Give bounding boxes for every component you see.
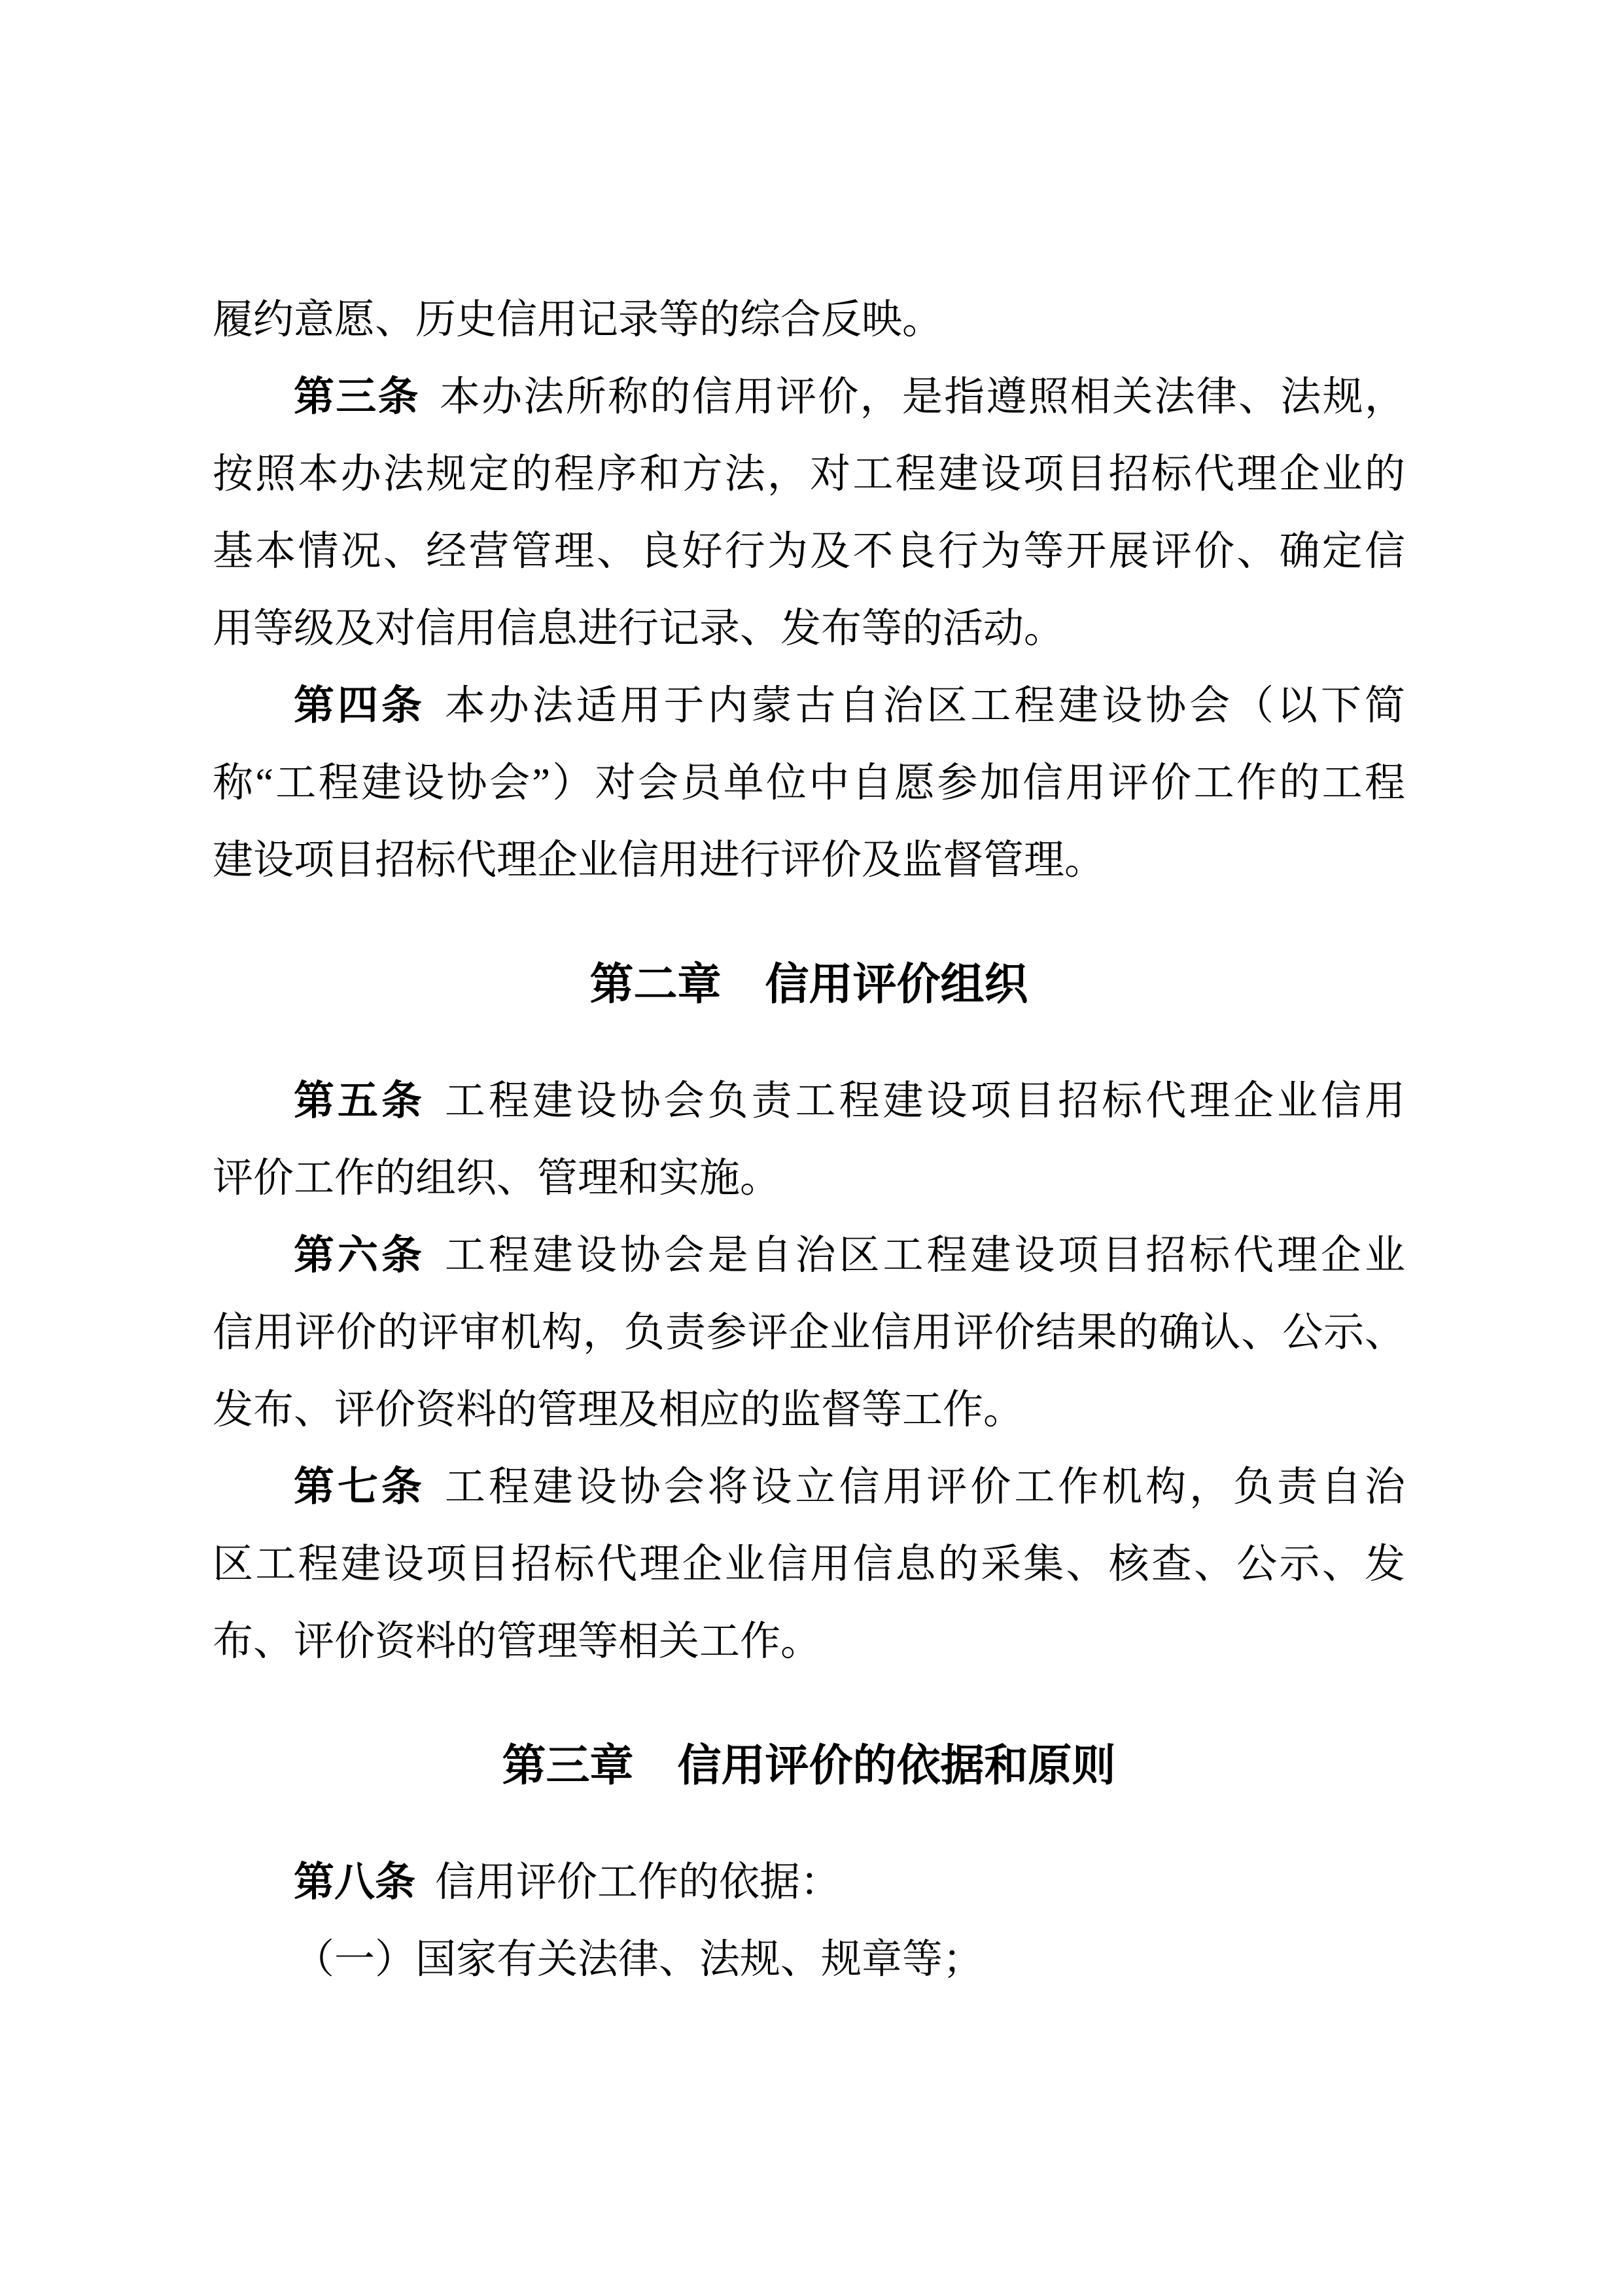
article-number-label: 第七条 bbox=[294, 1464, 425, 1510]
doc-line-text: 信用评价工作的依据： bbox=[435, 1860, 841, 1905]
doc-line-text: 工程建设协会是自治区工程建设项目招标代理企业 bbox=[445, 1233, 1405, 1278]
doc-line: 用等级及对信用信息进行记录、发布等的活动。 bbox=[213, 590, 1405, 667]
doc-line-article-3: 第三条本办法所称的信用评价，是指遵照相关法律、法规， bbox=[213, 359, 1405, 436]
doc-line-text: 工程建设协会将设立信用评价工作机构，负责自治 bbox=[445, 1465, 1405, 1510]
chapter-3-heading: 第三章 信用评价的依据和原则 bbox=[213, 1727, 1405, 1805]
article-number-label: 第六条 bbox=[294, 1233, 425, 1278]
doc-line-item-1: （一）国家有关法律、法规、规章等； bbox=[213, 1921, 1405, 1998]
article-number-label: 第四条 bbox=[294, 683, 425, 728]
doc-line-article-5: 第五条工程建设协会负责工程建设项目招标代理企业信用 bbox=[213, 1063, 1405, 1140]
doc-line: 布、评价资料的管理等相关工作。 bbox=[213, 1603, 1405, 1680]
chapter-2-heading: 第二章 信用评价组织 bbox=[213, 946, 1405, 1023]
doc-line: 建设项目招标代理企业信用进行评价及监督管理。 bbox=[213, 822, 1405, 899]
doc-line: 信用评价的评审机构，负责参评企业信用评价结果的确认、公示、 bbox=[213, 1294, 1405, 1371]
doc-line: 区工程建设项目招标代理企业信用信息的采集、核查、公示、发 bbox=[213, 1526, 1405, 1603]
doc-line: 按照本办法规定的程序和方法，对工程建设项目招标代理企业的 bbox=[213, 436, 1405, 513]
article-number-label: 第八条 bbox=[294, 1860, 415, 1905]
article-number-label: 第五条 bbox=[294, 1078, 425, 1123]
doc-line-text: 本办法适用于内蒙古自治区工程建设协会（以下简 bbox=[445, 684, 1405, 728]
article-number-label: 第三条 bbox=[294, 374, 420, 419]
doc-line: 发布、评价资料的管理及相应的监督等工作。 bbox=[213, 1371, 1405, 1449]
doc-line-article-4: 第四条本办法适用于内蒙古自治区工程建设协会（以下简 bbox=[213, 667, 1405, 745]
doc-line-text: 工程建设协会负责工程建设项目招标代理企业信用 bbox=[445, 1079, 1405, 1123]
doc-line: 履约意愿、历史信用记录等的综合反映。 bbox=[213, 281, 1405, 359]
doc-line: 评价工作的组织、管理和实施。 bbox=[213, 1140, 1405, 1217]
doc-line: 称“工程建设协会”）对会员单位中自愿参加信用评价工作的工程 bbox=[213, 745, 1405, 822]
doc-line-article-7: 第七条工程建设协会将设立信用评价工作机构，负责自治 bbox=[213, 1449, 1405, 1526]
doc-line-article-6: 第六条工程建设协会是自治区工程建设项目招标代理企业 bbox=[213, 1217, 1405, 1294]
document-body: 履约意愿、历史信用记录等的综合反映。 第三条本办法所称的信用评价，是指遵照相关法… bbox=[213, 281, 1405, 1998]
doc-line-text: 本办法所称的信用评价，是指遵照相关法律、法规， bbox=[440, 375, 1405, 419]
doc-line: 基本情况、经营管理、良好行为及不良行为等开展评价、确定信 bbox=[213, 513, 1405, 590]
doc-line-article-8: 第八条信用评价工作的依据： bbox=[213, 1844, 1405, 1921]
document-page: { "page": { "background_color": "#ffffff… bbox=[0, 0, 1623, 2296]
